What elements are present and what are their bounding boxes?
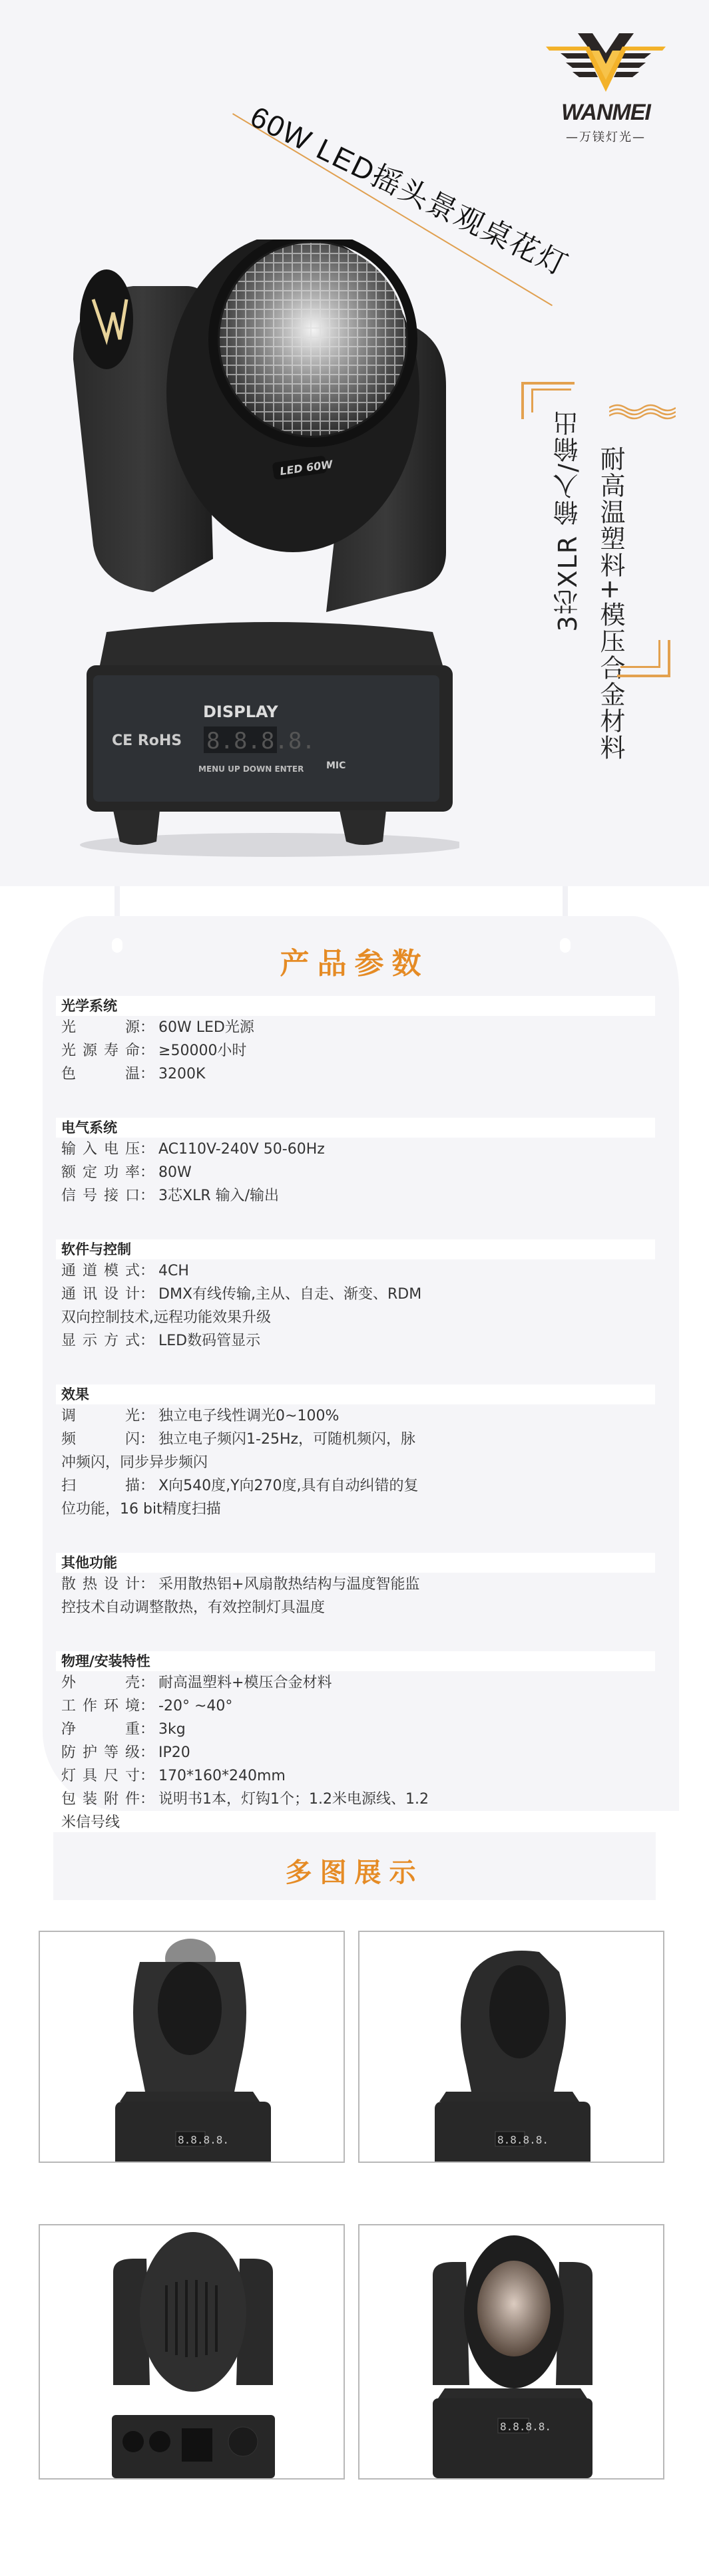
spec-group-software: 软件与控制 通道模式：4CH 通讯设计：DMX有线传输,主从、自走、渐变、RDM… [56,1239,655,1353]
spec-group-heading: 软件与控制 [56,1239,655,1259]
spec-group-physical: 物理/安装特性 外壳：耐高温塑料+模压合金材料 工作环境：-20° ~40° 净… [56,1651,655,1834]
gallery-image-2[interactable]: 8.8.8.8. [358,1931,664,2163]
product-angled-view-image: 8.8.8.8. [359,1932,664,2163]
spec-row: 调光：独立电子线性调光0~100% [56,1404,429,1428]
wave-decoration-icon [609,402,676,421]
spec-row: 输入电压：AC110V-240V 50-60Hz [56,1138,429,1161]
product-front-lens-image: 8.8.8.8. [359,2225,664,2480]
spec-row: 净重：3kg [56,1718,429,1741]
feature-xlr-text: 3芯XLR 输入/输出 [549,409,586,632]
product-main-image: LED 60W DISPLAY 8.8.8.8. CE RoHS MENU UP… [73,240,459,858]
spec-row: 外壳：耐高温塑料+模压合金材料 [56,1671,429,1694]
spec-row: 显示方式：LED数码管显示 [56,1329,429,1353]
product-side-view-image: 8.8.8.8. [40,1932,345,2163]
spec-row: 扫描：X向540度,Y向270度,具有自动纠错的复位功能，16 bit精度扫描 [56,1474,429,1521]
svg-text:8.8.8.8.: 8.8.8.8. [497,2134,549,2146]
gallery-image-4[interactable]: 8.8.8.8. [358,2224,664,2480]
spec-row: 色温：3200K [56,1062,429,1086]
brand-logo: WANMEI —万镁灯光— [526,13,686,140]
svg-text:8.8.8.8.: 8.8.8.8. [500,2420,551,2433]
spec-row: 光源：60W LED光源 [56,1016,429,1039]
feature-material-text: 耐高温塑料+模压合金材料 [592,446,629,761]
gallery-title: 多图展示 [0,1851,709,1889]
spec-row: 包装附件：说明书1本，灯钩1个；1.2米电源线、1.2米信号线 [56,1788,429,1834]
svg-text:CE RoHS: CE RoHS [112,732,182,749]
svg-text:8.8.8.8.: 8.8.8.8. [178,2134,229,2146]
spec-group-heading: 电气系统 [56,1118,655,1138]
product-rear-view-image [40,2225,345,2480]
spec-group-heading: 效果 [56,1384,655,1404]
spec-row: 防护等级：IP20 [56,1741,429,1764]
spec-group-effects: 效果 调光：独立电子线性调光0~100% 频闪：独立电子频闪1-25Hz，可随机… [56,1384,655,1521]
brand-wordmark: WANMEI [546,100,666,126]
spec-row: 散热设计：采用散热铝+风扇散热结构与温度智能监控技术自动调整散热，有效控制灯具温… [56,1573,429,1619]
gallery-image-1[interactable]: 8.8.8.8. [39,1931,345,2163]
spec-row: 信号接口：3芯XLR 输入/输出 [56,1184,429,1207]
spec-list: 光学系统 光源：60W LED光源 光源寿命：≥50000小时 色温：3200K… [56,996,655,1866]
bracket-bottom-right-inner [620,640,660,668]
svg-text:MIC: MIC [326,760,346,771]
spec-group-heading: 物理/安装特性 [56,1651,655,1671]
spec-group-electrical: 电气系统 输入电压：AC110V-240V 50-60Hz 额定功率：80W 信… [56,1118,655,1207]
gallery-image-3[interactable] [39,2224,345,2480]
spec-row: 频闪：独立电子频闪1-25Hz，可随机频闪，脉冲频闪，同步异步频闪 [56,1428,429,1474]
spec-row: 通讯设计：DMX有线传输,主从、自走、渐变、RDM双向控制技术,远程功能效果升级 [56,1283,429,1329]
spec-row: 光源寿命：≥50000小时 [56,1039,429,1062]
svg-text:MENU UP DOWN ENTER: MENU UP DOWN ENTER [198,764,304,774]
hero-section: 60W LED摇头景观桌花灯 WANMEI —万镁灯光— 3芯XLR 输入/输出… [0,0,709,886]
svg-text:8.8.8.8.: 8.8.8.8. [206,728,316,754]
spec-row: 额定功率：80W [56,1161,429,1184]
spec-group-optical: 光学系统 光源：60W LED光源 光源寿命：≥50000小时 色温：3200K [56,996,655,1086]
svg-text:DISPLAY: DISPLAY [203,703,278,721]
spec-group-heading: 其他功能 [56,1553,655,1573]
spec-row: 通道模式：4CH [56,1259,429,1283]
spec-row: 工作环境：-20° ~40° [56,1694,429,1718]
wanmei-wings-icon [526,13,686,103]
spec-group-heading: 光学系统 [56,996,655,1016]
spec-group-other: 其他功能 散热设计：采用散热铝+风扇散热结构与温度智能监控技术自动调整散热，有效… [56,1553,655,1619]
spec-row: 灯具尺寸：170*160*240mm [56,1764,429,1788]
brand-subtitle: —万镁灯光— [526,128,686,145]
spec-section-title: 产品参数 [0,939,709,982]
